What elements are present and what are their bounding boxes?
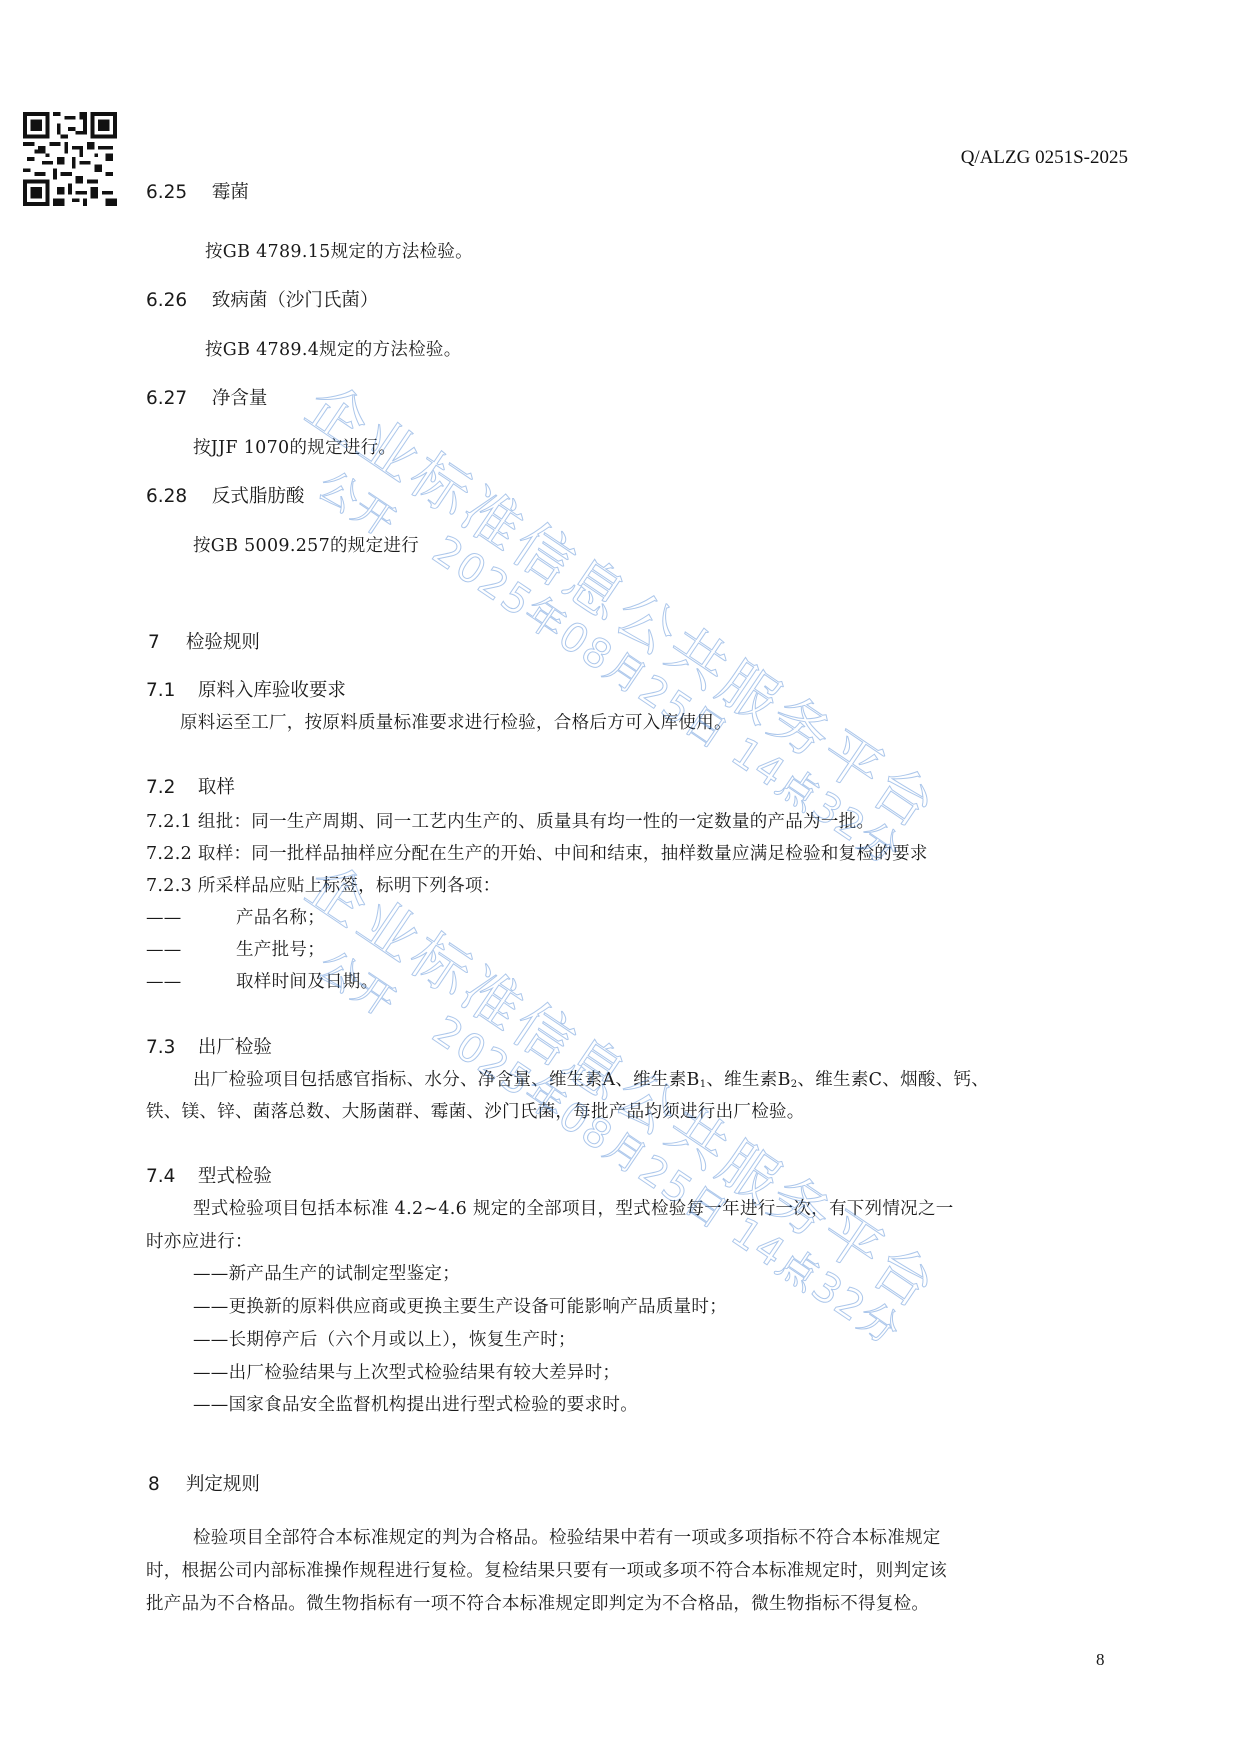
section-6-28-text: 按GB 5009.257的规定进行 bbox=[193, 535, 419, 557]
list-item: ——生产批号； bbox=[146, 939, 325, 961]
section-number: 6.26 bbox=[146, 290, 206, 312]
section-title: 型式检验 bbox=[198, 1166, 272, 1187]
section-8-heading: 8 判定规则 bbox=[148, 1474, 260, 1496]
section-title: 霉菌 bbox=[212, 182, 249, 203]
section-8-text-line-3: 批产品为不合格品。微生物指标有一项不符合本标准规定即判定为不合格品，微生物指标不… bbox=[146, 1593, 929, 1615]
section-6-25-text: 按GB 4789.15规定的方法检验。 bbox=[205, 241, 473, 263]
list-item: ——出厂检验结果与上次型式检验结果有较大差异时； bbox=[193, 1362, 620, 1384]
section-8-text-line-2: 时，根据公司内部标准操作规程进行复检。复检结果只要有一项或多项不符合本标准规定时… bbox=[146, 1560, 947, 1582]
watermark-platform-name: 企业标准信息公共服务平台 bbox=[293, 360, 957, 846]
section-6-25-heading: 6.25 霉菌 bbox=[146, 182, 249, 204]
list-item: ——取样时间及日期。 bbox=[146, 971, 378, 993]
list-item: ——长期停产后（六个月或以上），恢复生产时； bbox=[193, 1329, 576, 1351]
list-item-text: 产品名称； bbox=[236, 908, 325, 928]
list-item: ——更换新的原料供应商或更换主要生产设备可能影响产品质量时； bbox=[193, 1296, 727, 1318]
section-7-1-text: 原料运至工厂，按原料质量标准要求进行检验，合格后方可入库使用。 bbox=[180, 712, 732, 734]
section-number: 7 bbox=[148, 632, 180, 654]
section-7-3-text-line-2: 铁、镁、锌、菌落总数、大肠菌群、霉菌、沙门氏菌，每批产品均须进行出厂检验。 bbox=[146, 1101, 805, 1123]
section-6-28-heading: 6.28 反式脂肪酸 bbox=[146, 486, 304, 508]
section-6-27-heading: 6.27 净含量 bbox=[146, 388, 267, 410]
page-number: 8 bbox=[1096, 1650, 1105, 1670]
section-7-2-2-text: 7.2.2 取样：同一批样品抽样应分配在生产的开始、中间和结束，抽样数量应满足检… bbox=[146, 843, 928, 865]
section-number: 6.28 bbox=[146, 486, 206, 508]
section-title: 原料入库验收要求 bbox=[198, 680, 346, 701]
section-number: 8 bbox=[148, 1474, 180, 1496]
text-span: 出厂检验项目包括感官指标、水分、净含量、维生素A、维生素B bbox=[193, 1070, 700, 1090]
list-dash: —— bbox=[146, 907, 236, 929]
section-title: 出厂检验 bbox=[198, 1037, 272, 1058]
list-dash: —— bbox=[146, 971, 236, 993]
section-6-27-text: 按JJF 1070的规定进行。 bbox=[193, 437, 396, 459]
section-title: 检验规则 bbox=[186, 632, 260, 653]
section-7-heading: 7 检验规则 bbox=[148, 632, 260, 654]
text-span: 、维生素B bbox=[706, 1070, 790, 1090]
section-7-2-3-text: 7.2.3 所采样品应贴上标签，标明下列各项： bbox=[146, 875, 501, 897]
section-7-4-text-line-2: 时亦应进行： bbox=[146, 1231, 253, 1253]
list-item: ——国家食品安全监督机构提出进行型式检验的要求时。 bbox=[193, 1394, 638, 1416]
section-6-26-heading: 6.26 致病菌（沙门氏菌） bbox=[146, 290, 378, 312]
section-7-4-text-line-1: 型式检验项目包括本标准 4.2~4.6 规定的全部项目，型式检验每一年进行一次，… bbox=[193, 1198, 954, 1220]
text-span: 、维生素C、烟酸、钙、 bbox=[797, 1070, 989, 1090]
section-number: 7.3 bbox=[146, 1037, 192, 1059]
list-dash: —— bbox=[146, 939, 236, 961]
section-title: 取样 bbox=[198, 777, 235, 798]
section-number: 7.1 bbox=[146, 680, 192, 702]
qr-code-icon bbox=[22, 112, 118, 206]
section-7-2-heading: 7.2 取样 bbox=[146, 777, 235, 799]
section-title: 致病菌（沙门氏菌） bbox=[212, 290, 379, 311]
section-title: 判定规则 bbox=[186, 1474, 260, 1495]
section-7-3-heading: 7.3 出厂检验 bbox=[146, 1037, 272, 1059]
section-8-text-line-1: 检验项目全部符合本标准规定的判为合格品。检验结果中若有一项或多项指标不符合本标准… bbox=[193, 1527, 941, 1549]
section-7-1-heading: 7.1 原料入库验收要求 bbox=[146, 680, 346, 702]
document-code: Q/ALZG 0251S-2025 bbox=[961, 147, 1128, 169]
section-title: 反式脂肪酸 bbox=[212, 486, 305, 507]
list-item-text: 取样时间及日期。 bbox=[236, 972, 378, 992]
section-number: 6.25 bbox=[146, 182, 206, 204]
section-number: 7.4 bbox=[146, 1166, 192, 1188]
list-item-text: 生产批号； bbox=[236, 940, 325, 960]
section-number: 7.2 bbox=[146, 777, 192, 799]
section-7-3-text-line-1: 出厂检验项目包括感官指标、水分、净含量、维生素A、维生素B1、维生素B2、维生素… bbox=[193, 1069, 989, 1096]
list-item: ——产品名称； bbox=[146, 907, 325, 929]
section-7-2-1-text: 7.2.1 组批：同一生产周期、同一工艺内生产的、质量具有均一性的一定数量的产品… bbox=[146, 811, 874, 833]
section-6-26-text: 按GB 4789.4规定的方法检验。 bbox=[205, 339, 462, 361]
list-item: ——新产品生产的试制定型鉴定； bbox=[193, 1263, 460, 1285]
section-title: 净含量 bbox=[212, 388, 268, 409]
section-number: 6.27 bbox=[146, 388, 206, 410]
section-7-4-heading: 7.4 型式检验 bbox=[146, 1166, 272, 1188]
